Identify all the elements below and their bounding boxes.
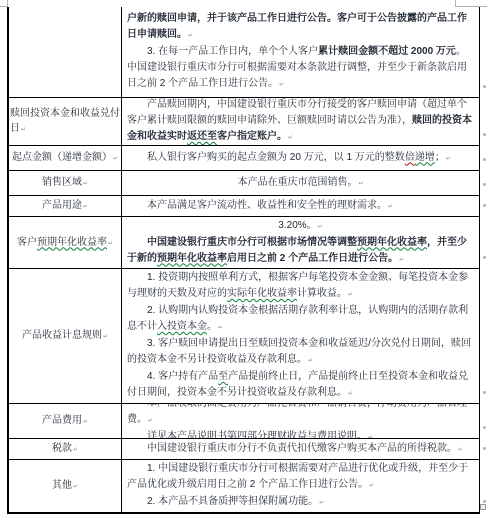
text-run: 私人银行客户购买的起点金额为 20 万元，以 1 万元的整数 (147, 152, 405, 163)
text-run: 1. 中国建设银行重庆市分行可根据需要对产品进行优化或升级，并至少于产品优化或升… (127, 463, 468, 490)
table-row: 起点金额（递增金额）私人银行客户购买的起点金额为 20 万元，以 1 万元的整数… (9, 145, 479, 170)
text-run: 客户 (17, 237, 37, 248)
paragraph: 本产品收取的固定费用为产品托管费和产品销售费，浮动费用为产品管理费。 (127, 404, 474, 429)
paragraph: 中国建设银行重庆市分行可根据市场情况等调整预期年化收益率，并至少于新的预期年化收… (127, 235, 474, 268)
paragraph: 2. 认购期内认购投资本金根据活期存款利率计息，认购期内的活期存款利息不计入投资… (127, 303, 474, 336)
row-content-cell[interactable]: 产品赎回期内，中国建设银行重庆市分行接受的客户赎回申请（超过单个客户累计赎回限额… (122, 98, 479, 145)
row-label: 产品收益计息规则 (22, 328, 108, 344)
row-label: 产品用途 (42, 198, 88, 214)
text-run: 倍 (405, 152, 415, 163)
end-of-row-mark (483, 447, 486, 450)
text-run: 详见本产品说明书第四部分理财收益与费用说明。 (147, 431, 367, 438)
document-page: 户新的赎回申请，并于该产品工作日进行公告。客户可于公告披露的产品工作日申请赎回。… (0, 0, 487, 514)
end-of-row-mark (483, 500, 486, 503)
paragraph: 3. 客户赎回申请提出日至赎回投资本金和收益延迟/分次兑付日期间，赎回的投资本金… (127, 336, 474, 369)
text-boundary-corner-top-right (455, 0, 456, 7)
row-label: 其他 (52, 478, 78, 494)
text-run: 至 (218, 371, 228, 382)
table-row: 赎回投资本金和收益兑付日产品赎回期内，中国建设银行重庆市分行接受的客户赎回申请（… (9, 97, 479, 145)
product-terms-table: 户新的赎回申请，并于该产品工作日进行公告。客户可于公告披露的产品工作日申请赎回。… (7, 7, 480, 514)
paragraph: 1. 投资期内按照单利方式，根据客户每笔投资本金金额、每笔投资本金参与理财的天数… (127, 270, 474, 303)
row-label-cell[interactable]: 赎回投资本金和收益兑付日 (9, 98, 122, 145)
text-run: 。 (207, 321, 217, 332)
paragraph: 1. 中国建设银行重庆市分行可根据需要对产品进行优化或升级，并至少于产品优化或升… (127, 461, 474, 494)
end-of-row-mark (483, 183, 486, 186)
paragraph: 2. 本产品不具备质押等担保附属功能。 (127, 494, 474, 511)
row-content-cell[interactable]: 1. 中国建设银行重庆市分行可根据需要对产品进行优化或升级，并至少于产品优化或升… (122, 460, 479, 512)
text-run: 税款 (52, 443, 72, 454)
table-row: 产品费用本产品收取的固定费用为产品托管费和产品销售费，浮动费用为产品管理费。详见… (9, 403, 479, 438)
row-label: 赎回投资本金和收益兑付日 (10, 106, 120, 137)
table-row: 产品收益计息规则1. 投资期内按照单利方式，根据客户每笔投资本金金额、每笔投资本… (9, 268, 479, 403)
paragraph: 3.20%。 (127, 218, 474, 235)
text-run: 入投资本金 (157, 321, 207, 332)
text-run: 实际年化收益率 (227, 288, 297, 299)
paragraph: 户新的赎回申请，并于该产品工作日进行公告。客户可于公告披露的产品工作日申请赎回。 (127, 11, 474, 44)
text-run: 产品用途 (42, 200, 82, 211)
end-of-row-mark (483, 158, 486, 161)
paragraph: 3. 在每一产品工作日内，单个个人客户累计赎回金额不超过 2000 万元。中国建… (127, 44, 474, 93)
row-label: 客户预期年化收益率 (17, 235, 113, 251)
text-run: 启用日之前 2 个产品工作日进行公告。 (227, 253, 398, 264)
text-run: 2. 本产品不具备质押等担保附属功能。 (147, 496, 318, 507)
text-run: 3. 在每一产品工作日内，单个个人客户 (147, 46, 318, 57)
row-content-cell[interactable]: 中国建设银行重庆市分行不负责代扣代缴客户购买本产品的所得税款。 (122, 439, 479, 459)
text-run: 本产品收取的固定费用为产品托管费和产品销售费，浮动费用为产品管理费。 (127, 404, 467, 425)
text-run: 销售区域 (42, 177, 82, 188)
paragraph: 详见本产品说明书第四部分理财收益与费用说明。 (127, 429, 474, 438)
text-run: 预期年化收益率 (157, 253, 227, 264)
end-of-row-mark (483, 133, 486, 136)
row-content-cell[interactable]: 本产品收取的固定费用为产品托管费和产品销售费，浮动费用为产品管理费。详见本产品说… (122, 404, 479, 438)
text-run: 预期年化收益率 (37, 237, 107, 248)
table-resize-handle[interactable] (480, 504, 486, 510)
row-label-cell[interactable]: 其他 (9, 460, 122, 512)
text-run: 产品收益计息规则 (22, 330, 102, 341)
text-boundary-corner-top-left (7, 0, 8, 7)
text-run: 累计赎回金额不超过 2000 万元 (318, 46, 456, 57)
paragraph: 产品赎回期内，中国建设银行重庆市分行接受的客户赎回申请（超过单个客户累计赎回限额… (127, 98, 474, 145)
row-label-cell[interactable]: 销售区域 (9, 171, 122, 195)
table-row: 产品用途本产品满足客户流动性、收益性和安全性的理财需求。 (9, 195, 479, 216)
text-run: ； (435, 152, 445, 163)
table-row: 户新的赎回申请，并于该产品工作日进行公告。客户可于公告披露的产品工作日申请赎回。… (9, 7, 479, 97)
text-run: 其他 (52, 480, 72, 491)
text-run: 产品费用 (42, 415, 82, 426)
row-label: 产品费用 (42, 413, 88, 429)
text-run: 预期年化收益率 (357, 237, 427, 248)
paragraph: 私人银行客户购买的起点金额为 20 万元，以 1 万元的整数倍递增； (127, 150, 474, 167)
row-content-cell[interactable]: 本产品满足客户流动性、收益性和安全性的理财需求。 (122, 196, 479, 216)
row-label-cell[interactable]: 产品收益计息规则 (9, 269, 122, 403)
end-of-row-mark (483, 426, 486, 429)
text-run: 3.20%。 (278, 220, 316, 231)
end-of-row-mark (483, 204, 486, 207)
row-label-cell[interactable]: 客户预期年化收益率 (9, 217, 122, 268)
text-run: 赎回投资本金和收益兑付日 (10, 108, 120, 134)
text-run: 中国建设银行重庆市分行可根据市场情况等调整 (147, 237, 357, 248)
paragraph: 4. 客户持有产品至产品提前终止日，产品提前终止日至投资本金和收益兑付日期间，投… (127, 369, 474, 402)
row-label: 销售区域 (42, 175, 88, 191)
table-row: 其他1. 中国建设银行重庆市分行可根据需要对产品进行优化或升级，并至少于产品优化… (9, 459, 479, 512)
paragraph: 中国建设银行重庆市分行不负责代扣代缴客户购买本产品的所得税款。 (127, 441, 474, 458)
table-row: 客户预期年化收益率3.20%。中国建设银行重庆市分行可根据市场情况等调整预期年化… (9, 216, 479, 268)
text-run: 客户指定账户。 (217, 131, 287, 142)
row-label-cell[interactable]: 产品用途 (9, 196, 122, 216)
text-run: 起点金额（递增金额） (12, 152, 112, 163)
text-run: 4. 客户持有产品 (147, 371, 218, 382)
text-run: 本产品在重庆市范围销售。 (237, 177, 357, 188)
table-row: 销售区域本产品在重庆市范围销售。 (9, 170, 479, 195)
end-of-row-mark (483, 85, 486, 88)
text-run: 3. 客户赎回申请提出日至赎回投资本金和收益延迟/分次兑付日期间，赎回的投资本金… (127, 338, 471, 365)
row-label-cell[interactable]: 产品费用 (9, 404, 122, 438)
table-row: 税款中国建设银行重庆市分行不负责代扣代缴客户购买本产品的所得税款。 (9, 438, 479, 459)
row-label-cell[interactable]: 起点金额（递增金额） (9, 146, 122, 170)
row-label: 起点金额（递增金额） (12, 150, 118, 166)
paragraph: 本产品满足客户流动性、收益性和安全性的理财需求。 (127, 198, 474, 215)
text-run: 递增 (415, 152, 435, 163)
row-label-cell[interactable]: 税款 (9, 439, 122, 459)
end-of-row-mark (483, 256, 486, 259)
text-run: 户新的赎回申请，并于该产品工作日进行公告。客户可于公告披露的产品工作日申请赎回。 (127, 13, 467, 40)
row-label: 税款 (52, 441, 78, 457)
row-content-cell[interactable]: 私人银行客户购买的起点金额为 20 万元，以 1 万元的整数倍递增； (122, 146, 479, 170)
paragraph: 本产品在重庆市范围销售。 (127, 175, 474, 192)
row-content-cell[interactable]: 1. 投资期内按照单利方式，根据客户每笔投资本金金额、每笔投资本金参与理财的天数… (122, 269, 479, 403)
text-run: 中国建设银行重庆市分行不负责代扣代缴客户购买本产品的所得税款。 (147, 443, 457, 454)
end-of-row-mark (483, 391, 486, 394)
row-label-cell[interactable] (9, 7, 122, 97)
row-content-cell[interactable]: 本产品在重庆市范围销售。 (122, 171, 479, 195)
text-run: 本产品满足客户流动性、收益性和安全性的理财需求。 (147, 200, 387, 211)
row-content-cell[interactable]: 3.20%。中国建设银行重庆市分行可根据市场情况等调整预期年化收益率，并至少于新… (122, 217, 479, 268)
text-run: 返还至 (187, 131, 217, 142)
text-run: 计算收益。 (297, 288, 347, 299)
row-content-cell[interactable]: 户新的赎回申请，并于该产品工作日进行公告。客户可于公告披露的产品工作日申请赎回。… (122, 7, 479, 97)
